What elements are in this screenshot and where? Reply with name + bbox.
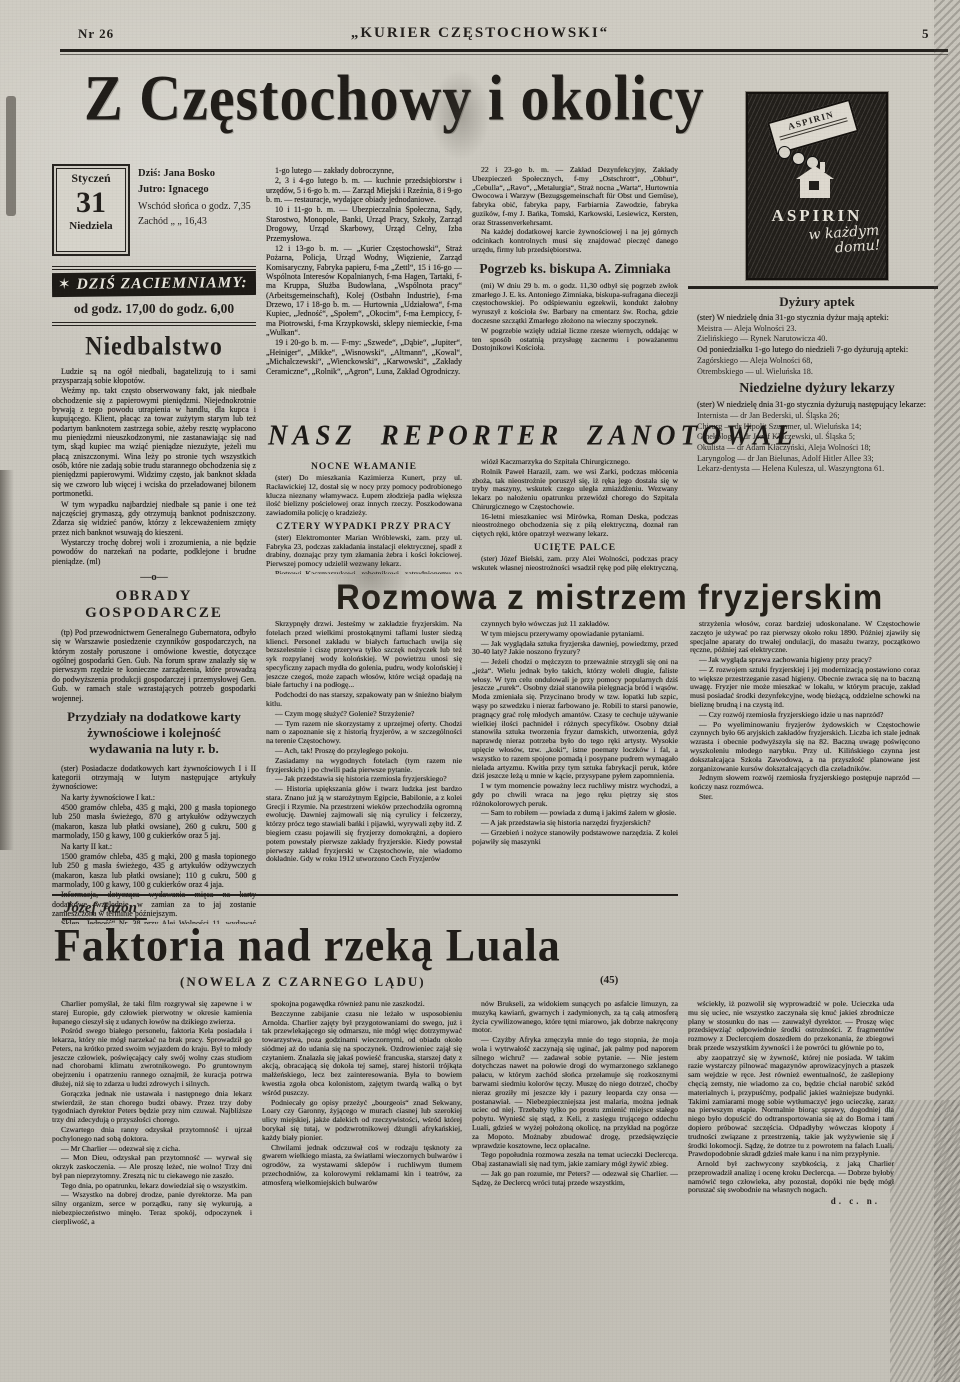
paragraph: W tym wypadku najbardziej niedbałe są pa…: [52, 500, 256, 537]
calendar-widget: Styczeń 31 Niedziela Dziś: Jana Bosko Ju…: [52, 164, 256, 256]
pharmacy-duty-title: Dyżury aptek: [688, 294, 946, 310]
paragraph: strzyżenia włosów, coraz bardziej udosko…: [690, 620, 920, 655]
reporter-item-body: wiózł Kaczmarzyka do Szpitala Chirurgicz…: [472, 458, 678, 467]
paragraph: W tym miejscu przerywamy opowiadanie pyt…: [472, 630, 678, 639]
page-number: 5: [922, 26, 930, 42]
blackout-notice: ✶ DZIŚ ZACIEMNIAMY: od godz. 17,00 do go…: [52, 266, 256, 326]
novella-paragraphs-1: Charlier pomyślał, że taki film rozgrywa…: [52, 1000, 252, 1227]
paragraph: — Historia upiększania głów i twarz ludz…: [266, 785, 462, 864]
calendar-sunrise: Wschód słońca o godz. 7,35: [138, 199, 251, 215]
issue-number: Nr 26: [78, 26, 114, 42]
interview-title: Rozmowa z mistrzem fryzjerskim: [336, 576, 883, 617]
paragraph: — Jak go pan rozumie, mr Peters? — odezw…: [472, 1170, 678, 1188]
pharmacy-item: Zielińskiego — Rynek Narutowicza 40.: [688, 334, 946, 345]
paragraph: Czwartego dnia ranny odzyskał przytomnoś…: [52, 1126, 252, 1144]
blackout-rule: [52, 325, 256, 326]
blackout-rule: [52, 322, 256, 323]
masthead: „KURIER CZĘSTOCHOWSKI“: [240, 25, 720, 42]
list-item: 22 i 23-go b. m. — Zakład Dezynfekcyjny,…: [472, 166, 678, 227]
to-be-continued: d. c. n.: [688, 1196, 894, 1206]
novella-author: Józef Jazon: [62, 900, 147, 920]
blackout-rule: [52, 269, 256, 270]
reporter-item-body: Rolnik Paweł Harazil, zam. we wsi Żarki,…: [472, 468, 678, 512]
tablet-icon: [792, 152, 805, 165]
calendar-today: Dziś: Jana Bosko: [138, 166, 251, 182]
paragraph: — Mon Dieu, odzyskał pan przytomność — w…: [52, 1154, 252, 1180]
scan-artifact-left-band: [0, 470, 14, 850]
novella-column-1: Charlier pomyślał, że taki film rozgrywa…: [52, 1000, 252, 1372]
header-rule: [60, 49, 948, 52]
paragraph: (tp) Pod przewodnictwem Generalnego Gube…: [52, 628, 256, 703]
novella-paragraphs-2: spokojna pogawędka również panu nie zasz…: [262, 1000, 462, 1187]
article-body-pogrzeb: (mi) W dniu 29 b. m. o godz. 11,30 odbył…: [472, 282, 678, 353]
paragraph: Charlier pomyślał, że taki film rozgrywa…: [52, 1000, 252, 1026]
paragraph: Chwilami jednak odczuwał coś w rodzaju t…: [262, 1144, 462, 1188]
blackout-line1: DZIŚ ZACIEMNIAMY:: [76, 274, 247, 294]
novella-column-3: nów Brukseli, za widokiem sunących po as…: [472, 1000, 678, 1372]
paragraph: — Wszystko na dobrej drodze, panie dyrek…: [52, 1191, 252, 1226]
reporter-item-headline: NOCNE WŁAMANIE: [266, 462, 462, 472]
paragraph: — Jak wyglądała sztuka fryzjerska dawnie…: [472, 640, 678, 658]
interview-paragraphs-3: strzyżenia włosów, coraz bardziej udosko…: [690, 620, 920, 802]
blackout-rule: [52, 266, 256, 267]
calendar-weekday: Niedziela: [54, 220, 128, 232]
paragraph: Arnold był zachwycony szybkością, z jaką…: [688, 1160, 894, 1195]
paragraph: Na karty żywnościowe I kat.:: [52, 793, 256, 802]
paragraph: — A jak przedstawia się historia narzędz…: [472, 819, 678, 828]
paragraph: Na karty II kat.:: [52, 842, 256, 851]
novella-paragraphs-3: nów Brukseli, za widokiem sunących po as…: [472, 1000, 678, 1187]
star-icon: ✶: [58, 277, 71, 292]
interview-column-3: strzyżenia włosów, coraz bardziej udosko…: [690, 620, 920, 980]
list-item: 1-go lutego — zakłady dobroczynne,: [266, 166, 462, 175]
column-b-rozdzielnik: 1-go lutego — zakłady dobroczynne,2, 3 i…: [266, 166, 462, 412]
paragraph: Podchodzi do nas starszy, szpakowaty pan…: [266, 691, 462, 709]
paragraph: Ster.: [690, 793, 920, 802]
pharmacy-item: Otrembskiego — ul. Wieluńska 18.: [688, 367, 946, 378]
interview-column-1: Skrzypnęły drzwi. Jesteśmy w zakładzie f…: [266, 620, 462, 888]
reporter-banner: NASZ REPORTER ZANOTOWAŁ: [268, 419, 798, 452]
aspirin-ad: ASPIRIN ASPIRIN w każdym domu!: [746, 92, 888, 280]
reporter-item-headline: CZTERY WYPADKI PRZY PRACY: [266, 522, 462, 532]
paragraph: — Tym razem nie skorzystamy z uprzejmej …: [266, 720, 462, 746]
paragraph: — Sam to robiłem — powiada z dumą i jaki…: [472, 809, 678, 818]
pharmacy-list-2: Zagórskiego — Aleja Wolności 68,Otrembsk…: [688, 356, 946, 377]
blackout-line2: od godz. 17,00 do godz. 6,00: [52, 298, 256, 321]
reporter-item-body: (ster) Józef Bielski, zam. przy Alei Wol…: [472, 555, 678, 574]
paragraph: Tego popołudnia rozmowa zeszła na temat …: [472, 1151, 678, 1169]
article-body-niedbalstwo: Ludzie są na ogół niedbali, bagatelizują…: [52, 367, 256, 567]
paragraph: Wystarczy trochę dobrej woli i zrozumien…: [52, 538, 256, 566]
list-item: 12 i 13-go b. m. — „Kurier Częstochowski…: [266, 244, 462, 338]
column-d: ASPIRIN ASPIRIN w każdym domu! Dyżury ap…: [688, 92, 946, 475]
paragraph: Bezczynne zabijanie czasu nie leżało w u…: [262, 1010, 462, 1098]
paragraph: Ludzie są na ogół niedbali, bagatelizują…: [52, 367, 256, 386]
interview-paragraphs-1: Skrzypnęły drzwi. Jesteśmy w zakładzie f…: [266, 620, 462, 864]
newspaper-page: Nr 26 „KURIER CZĘSTOCHOWSKI“ 5 Z Częstoc…: [0, 0, 960, 1382]
novella-column-4: wściekły, iż pozwolił się wyprowadzić w …: [688, 1000, 894, 1372]
article-title-pogrzeb: Pogrzeb ks. biskupa A. Zimniaka: [472, 261, 678, 277]
paragraph: (ster) Posiadacze dodatkowych kart żywno…: [52, 764, 256, 792]
paragraph: — Ach, tak! Proszę do przyległego pokoju…: [266, 747, 462, 756]
paragraph: Pośród swego białego personelu, faktoria…: [52, 1027, 252, 1088]
calendar-tomorrow: Jutro: Ignacego: [138, 182, 251, 198]
paragraph: Podniecały go opisy przeżyć „bourgeois“ …: [262, 1099, 462, 1143]
pharmacy-item: Zagórskiego — Aleja Wolności 68,: [688, 356, 946, 367]
interview-paragraphs-2: czynnych było wówczas już 11 zakładów.W …: [472, 620, 678, 847]
scan-artifact-right-bottom: [890, 1100, 960, 1382]
reporter-item-body: (ster) Do mieszkania Kazimierza Kunert, …: [266, 474, 462, 518]
article-title-obrady: OBRADY GOSPODARCZE: [52, 588, 256, 622]
paragraph: (mi) W dniu 29 b. m. o godz. 11,30 odbył…: [472, 282, 678, 326]
paragraph: czynnych było wówczas już 11 zakładów.: [472, 620, 678, 629]
paragraph: Skrzypnęły drzwi. Jesteśmy w zakładzie f…: [266, 620, 462, 690]
calendar-sunset: Zachód „ „ 16,43: [138, 214, 251, 230]
article-title-przydzialy: Przydziały na dodatkowe karty żywnościow…: [56, 709, 252, 758]
section-title: Z Częstochowy i okolicy: [84, 60, 705, 135]
paragraph: I w tym momencie poważny lecz ruchliwy m…: [472, 782, 678, 808]
novella-title: Faktoria nad rzeką Luala: [54, 919, 561, 973]
doctor-duty-title: Niedzielne dyżury lekarzy: [688, 381, 946, 397]
reporter-items-right: wiózł Kaczmarzyka do Szpitala Chirurgicz…: [472, 458, 678, 574]
novella-rule: [52, 894, 678, 896]
novella-part-number: (45): [600, 974, 618, 986]
paragraph: Zasiadamy na wygodnych fotelach (tym raz…: [266, 757, 462, 775]
pharmacy-duty-intro2: Od poniedziałku 1-go lutego do niedzieli…: [688, 345, 946, 355]
paragraph: — Po wyeliminowaniu fryzjerów żydowskich…: [690, 721, 920, 774]
paragraph: — Mr Charlier — odezwał się z cicha.: [52, 1145, 252, 1154]
paragraph: nów Brukseli, za widokiem sunących po as…: [472, 1000, 678, 1035]
article-title-niedbalstwo: Niedbalstwo: [52, 332, 256, 362]
novella-column-2: spokojna pogawędka również panu nie zasz…: [262, 1000, 462, 1372]
interview-column-2: czynnych było wówczas już 11 zakładów.W …: [472, 620, 678, 888]
paragraph: — Jeżeli chodzi o mężczyzn to przeważnie…: [472, 658, 678, 781]
list-item: Na każdej dodatkowej karcie żywnościowej…: [472, 228, 678, 254]
column-a: Styczeń 31 Niedziela Dziś: Jana Bosko Ju…: [52, 164, 256, 924]
calendar-info: Dziś: Jana Bosko Jutro: Ignacego Wschód …: [138, 164, 251, 230]
paragraph: — Grzebień i nożyce stanowiły podstawowe…: [472, 829, 678, 847]
scan-smudge: [430, 70, 490, 160]
paragraph: spokojna pogawędka również panu nie zasz…: [262, 1000, 462, 1009]
article-body-obrady: (tp) Pod przewodnictwem Generalnego Gube…: [52, 628, 256, 703]
rozdzielnik-list-1: 1-go lutego — zakłady dobroczynne,2, 3 i…: [266, 166, 462, 376]
paragraph: — Jak przedstawia się historia rzemiosła…: [266, 775, 462, 784]
column-d-rule: [688, 286, 938, 289]
list-item: 10 i 11-go b. m. — Ubezpieczalnia Społec…: [266, 205, 462, 242]
paragraph: 4500 gramów chleba, 435 g mąki, 200 g ma…: [52, 803, 256, 840]
scan-artifact-left-mark: [6, 96, 16, 216]
paragraph: aby zaopatrzyć się w żywność, której nie…: [688, 1054, 894, 1159]
paragraph: — Czyżby Afryka zmęczyła mnie do tego st…: [472, 1036, 678, 1150]
blackout-banner: ✶ DZIŚ ZACIEMNIAMY:: [52, 270, 256, 296]
paragraph: — Czym mogę służyć? Golenie? Strzyżenie?: [266, 710, 462, 719]
reporter-item-body: 16-letni mieszkaniec wsi Mirówka, Roman …: [472, 513, 678, 539]
list-item: 19 i 20-go b. m. — F-my: „Szwede“, „Dąbi…: [266, 338, 462, 375]
paragraph: W pogrzebie wzięły udział liczne rzesze …: [472, 327, 678, 353]
paragraph: Gorączka jednak nie ustawała i następneg…: [52, 1090, 252, 1125]
calendar-day: 31: [54, 188, 128, 218]
calendar-month: Styczeń: [54, 171, 128, 186]
paragraph: wściekły, iż pozwolił się wyprowadzić w …: [688, 1000, 894, 1053]
doctor-item: Lekarz-dentysta — Helena Kulesza, ul. Wa…: [688, 464, 946, 475]
tablet-icon: [778, 146, 791, 159]
scan-smudge: [330, 540, 410, 610]
paragraph: 1500 gramów chleba, 435 g mąki, 200 g ma…: [52, 852, 256, 889]
list-item: 2, 3 i 4-go lutego b. m. — kuchnie przed…: [266, 176, 462, 204]
reporter-item-headline: UCIĘTE PALCE: [472, 543, 678, 553]
paragraph: — Jak wygląda sprawa zachowania higieny …: [690, 656, 920, 665]
novella-paragraphs-4: wściekły, iż pozwolił się wyprowadzić w …: [688, 1000, 894, 1195]
paragraph: Weźmy np. takt często obserwowany fakt, …: [52, 386, 256, 498]
column-c: 22 i 23-go b. m. — Zakład Dezynfekcyjny,…: [472, 166, 678, 416]
paragraph: — Czy rozwój rzemiosła fryzjerskiego idz…: [690, 711, 920, 720]
pharmacy-list: Meistra — Aleja Wolności 23.Zielińskiego…: [688, 324, 946, 345]
doctor-duty-intro: (ster) W niedzielę dnia 31-go stycznia d…: [688, 400, 946, 410]
paragraph: Jednym słowem rozwój rzemiosła fryzjersk…: [690, 774, 920, 792]
rozdzielnik-list-2: 22 i 23-go b. m. — Zakład Dezynfekcyjny,…: [472, 166, 678, 255]
paragraph: — Z rozwojem sztuki fryzjerskiej i jej m…: [690, 666, 920, 710]
article-divider: —o—: [52, 571, 256, 583]
pharmacy-item: Meistra — Aleja Wolności 23.: [688, 324, 946, 335]
doctor-item: Laryngolog — dr Jan Bielunas, Adolf Hitl…: [688, 454, 946, 465]
house-window-icon: [810, 182, 818, 189]
pharmacy-duty-intro: (ster) W niedzielę dnia 31-go stycznia d…: [688, 313, 946, 323]
header-rule-thin: [60, 54, 948, 55]
reporter-right-column: wiózł Kaczmarzyka do Szpitala Chirurgicz…: [472, 458, 678, 574]
novella-subtitle: (NOWELA Z CZARNEGO LĄDU): [180, 974, 426, 990]
calendar-daybox: Styczeń 31 Niedziela: [52, 164, 130, 256]
paragraph: Tego dnia, po opatrunku, lekarz dowiedzi…: [52, 1182, 252, 1191]
